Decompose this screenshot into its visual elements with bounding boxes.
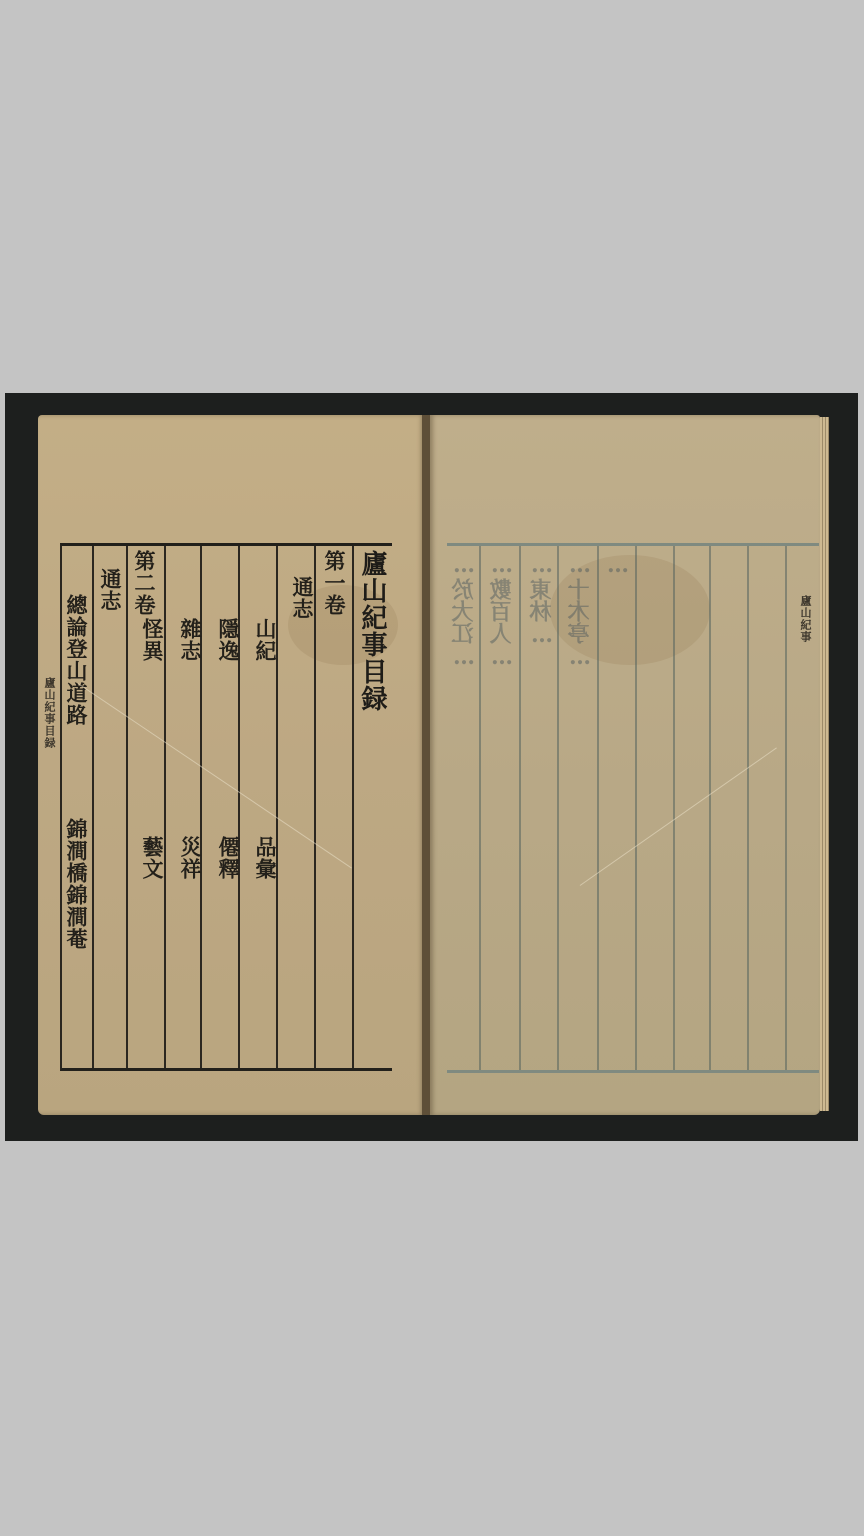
page-stack-edge: [820, 417, 829, 1111]
edge-label: 廬山紀事: [800, 595, 811, 643]
entry-heading: 通志: [292, 576, 313, 620]
bleed-through-text: …: [607, 552, 629, 578]
entry-item: 藝文: [142, 836, 163, 880]
column-rule: [352, 546, 354, 1068]
column-rule: [92, 546, 94, 1068]
margin-label: 廬山紀事目録: [44, 677, 55, 749]
entry-item: 品彙: [255, 836, 276, 880]
entry-heading: 隱逸: [218, 618, 239, 662]
open-book: 廬山紀事目録 第一卷 通志 山紀 品彙 隱逸 僊釋 雜志 災祥 怪異 藝文 第二…: [38, 415, 828, 1115]
scan-photo: 廬山紀事目録 第一卷 通志 山紀 品彙 隱逸 僊釋 雜志 災祥 怪異 藝文 第二…: [5, 393, 858, 1141]
entry-item: 錦澗橋錦澗菴: [66, 818, 87, 950]
entry-heading: 怪異: [142, 618, 163, 662]
entry-heading: 通志: [100, 568, 121, 612]
entry-item: 災祥: [180, 836, 201, 880]
entry-item: 僊釋: [218, 836, 239, 880]
right-page-frame: …於大江… …數百人… …東林… …十木亭… …: [447, 543, 819, 1073]
bleed-through-text: …於大江…: [453, 552, 475, 670]
left-page: 廬山紀事目録 第一卷 通志 山紀 品彙 隱逸 僊釋 雜志 災祥 怪異 藝文 第二…: [38, 415, 424, 1115]
column-rule: [126, 546, 128, 1068]
volume-1-label: 第一卷: [324, 550, 345, 616]
entry-heading: 雜志: [180, 618, 201, 662]
column-rule: [314, 546, 316, 1068]
left-page-frame: 廬山紀事目録 第一卷 通志 山紀 品彙 隱逸 僊釋 雜志 災祥 怪異 藝文 第二…: [60, 543, 392, 1071]
bleed-through-text: …東林…: [531, 552, 553, 648]
right-page: …於大江… …數百人… …東林… …十木亭… … 廬山紀事: [430, 415, 820, 1115]
bleed-through-text: …十木亭…: [569, 552, 591, 670]
volume-2-label: 第二卷: [134, 550, 155, 616]
entry-heading: 總論登山道路: [66, 594, 87, 726]
bleed-through-text: …數百人…: [491, 552, 513, 670]
entry-heading: 山紀: [255, 618, 276, 662]
document-title: 廬山紀事目録: [359, 550, 385, 712]
